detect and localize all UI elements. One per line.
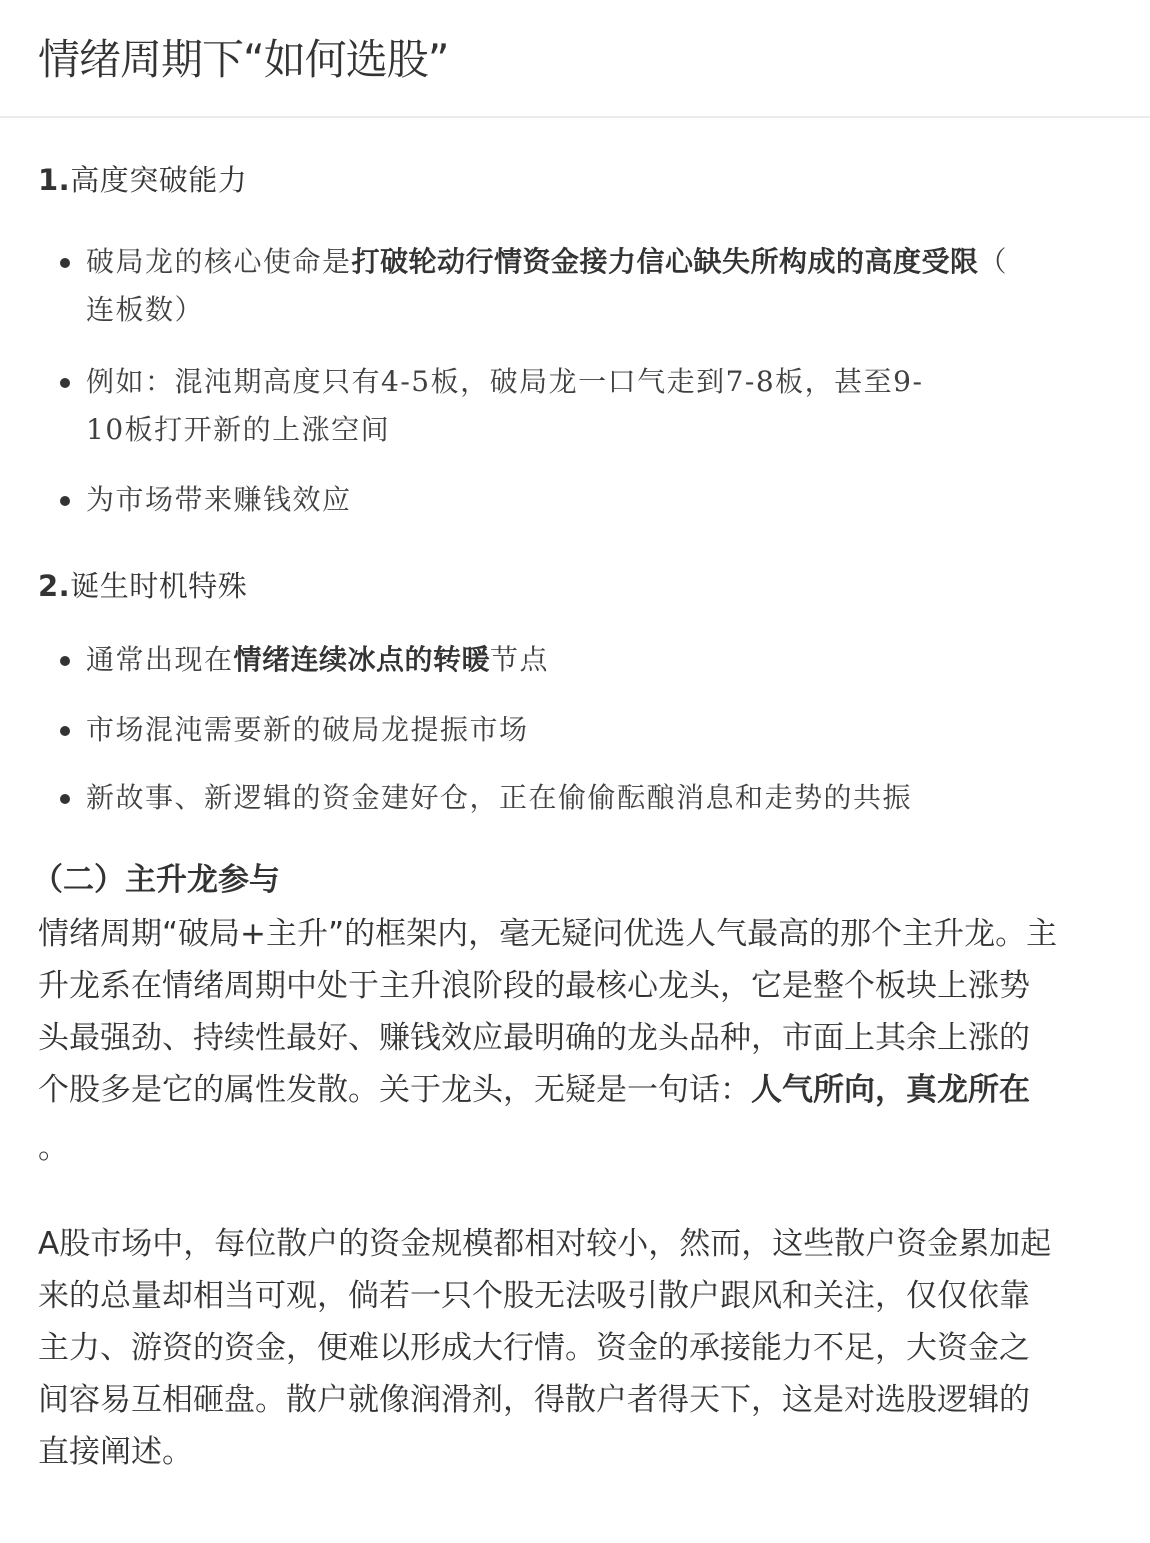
- text: 为市场带来赚钱效应: [86, 476, 1120, 524]
- list-item: 市场混沌需要新的破局龙提振市场: [38, 706, 1120, 754]
- bold-text: 打破轮动行情资金接力信心缺失所构成的高度受限: [352, 245, 979, 278]
- text: （: [979, 245, 1009, 278]
- text: 。: [38, 1122, 1120, 1174]
- text: 情绪周期“破局+主升”的框架内，毫无疑问优选人气最高的那个主升龙。主: [38, 908, 1120, 960]
- title-bar: 情绪周期下“如何选股”: [0, 0, 1150, 118]
- section-number: 2.: [38, 569, 70, 603]
- text: 来的总量却相当可观，倘若一只个股无法吸引散户跟风和关注，仅仅依靠: [38, 1270, 1120, 1322]
- text: 市场混沌需要新的破局龙提振市场: [86, 706, 1120, 754]
- section-heading-main-rise-dragon: （二）主升龙参与: [32, 860, 280, 900]
- list-item: 新故事、新逻辑的资金建好仓，正在偷偷酝酿消息和走势的共振: [38, 774, 1120, 822]
- text: 个股多是它的属性发散。关于龙头，无疑是一句话：: [38, 1072, 751, 1108]
- text: 连板数）: [86, 286, 1120, 334]
- text: 间容易互相砸盘。散户就像润滑剂，得散户者得天下，这是对选股逻辑的: [38, 1374, 1120, 1426]
- text: 通常出现在: [86, 643, 234, 676]
- section-title: 高度突破能力: [70, 163, 247, 197]
- text: 破局龙的核心使命是: [86, 245, 352, 278]
- list-item: 破局龙的核心使命是打破轮动行情资金接力信心缺失所构成的高度受限（ 连板数）: [38, 238, 1120, 334]
- bold-text: 情绪连续冰点的转暖: [234, 643, 491, 676]
- text: 直接阐述。: [38, 1426, 1120, 1478]
- section-number: 1.: [38, 163, 70, 197]
- section-heading-special-timing: 2.诞生时机特殊: [38, 566, 247, 606]
- list-item: 例如：混沌期高度只有4-5板，破局龙一口气走到7-8板，甚至9- 10板打开新的…: [38, 358, 1120, 454]
- text: 10板打开新的上涨空间: [86, 406, 1120, 454]
- text: 节点: [490, 643, 549, 676]
- list-item: 通常出现在情绪连续冰点的转暖节点: [38, 636, 1120, 684]
- section-heading-height-breakthrough: 1.高度突破能力: [38, 160, 247, 200]
- text: 升龙系在情绪周期中处于主升浪阶段的最核心龙头，它是整个板块上涨势: [38, 960, 1120, 1012]
- text: 新故事、新逻辑的资金建好仓，正在偷偷酝酿消息和走势的共振: [86, 774, 1120, 822]
- bold-text: 人气所向，真龙所在: [751, 1072, 1030, 1108]
- paragraph-retail-investors: A股市场中，每位散户的资金规模都相对较小，然而，这些散户资金累加起 来的总量却相…: [38, 1218, 1120, 1478]
- page-title: 情绪周期下“如何选股”: [38, 34, 449, 86]
- paragraph-main-rise: 情绪周期“破局+主升”的框架内，毫无疑问优选人气最高的那个主升龙。主 升龙系在情…: [38, 908, 1120, 1174]
- section-title: 诞生时机特殊: [70, 569, 247, 603]
- text: 主力、游资的资金，便难以形成大行情。资金的承接能力不足，大资金之: [38, 1322, 1120, 1374]
- text: 例如：混沌期高度只有4-5板，破局龙一口气走到7-8板，甚至9-: [86, 358, 1120, 406]
- text: A股市场中，每位散户的资金规模都相对较小，然而，这些散户资金累加起: [38, 1218, 1120, 1270]
- list-item: 为市场带来赚钱效应: [38, 476, 1120, 524]
- text: 头最强劲、持续性最好、赚钱效应最明确的龙头品种，市面上其余上涨的: [38, 1012, 1120, 1064]
